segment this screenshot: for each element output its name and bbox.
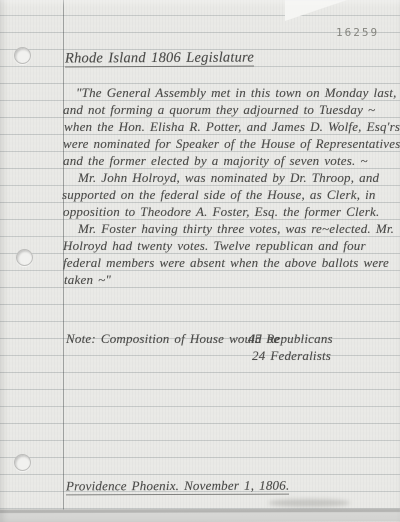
handwritten-line-8: opposition to Theodore A. Foster, Esq. t… [63, 205, 379, 219]
punch-hole-middle [16, 249, 33, 266]
handwritten-line-3: when the Hon. Elisha R. Potter, and Jame… [64, 120, 400, 134]
note-count-republicans: 45 Republicans [248, 332, 333, 346]
handwritten-line-6: Mr. John Holroyd, was nominated by Dr. T… [78, 171, 379, 185]
page-bottom-edge [0, 508, 400, 522]
punch-hole-top [14, 47, 31, 64]
page-number-stamp: 16259 [336, 26, 379, 39]
document-title: Rhode Island 1806 Legislature [65, 51, 254, 68]
smudge-mark [268, 499, 350, 507]
handwritten-line-7: supported on the federal side of the Hou… [62, 188, 376, 202]
handwritten-line-1: "The General Assembly met in this town o… [76, 86, 397, 100]
handwritten-line-11: federal members were absent when the abo… [63, 256, 389, 270]
handwritten-line-9: Mr. Foster having thirty three votes, wa… [78, 222, 394, 236]
handwritten-line-10: Holroyd had twenty votes. Twelve republi… [63, 239, 366, 253]
handwritten-line-12: taken ~" [64, 273, 111, 287]
handwritten-line-5: and the former elected by a majority of … [63, 154, 368, 168]
handwritten-line-4: were nominated for Speaker of the House … [63, 137, 400, 151]
corner-fold [285, 0, 347, 21]
source-citation: Providence Phoenix. November 1, 1806. [66, 479, 289, 496]
scanned-document-page: 16259 Rhode Island 1806 Legislature "The… [0, 0, 400, 522]
handwritten-line-2: and not forming a quorum they adjourned … [63, 103, 375, 117]
note-count-federalists: 24 Federalists [252, 349, 331, 363]
punch-hole-bottom [14, 454, 31, 471]
